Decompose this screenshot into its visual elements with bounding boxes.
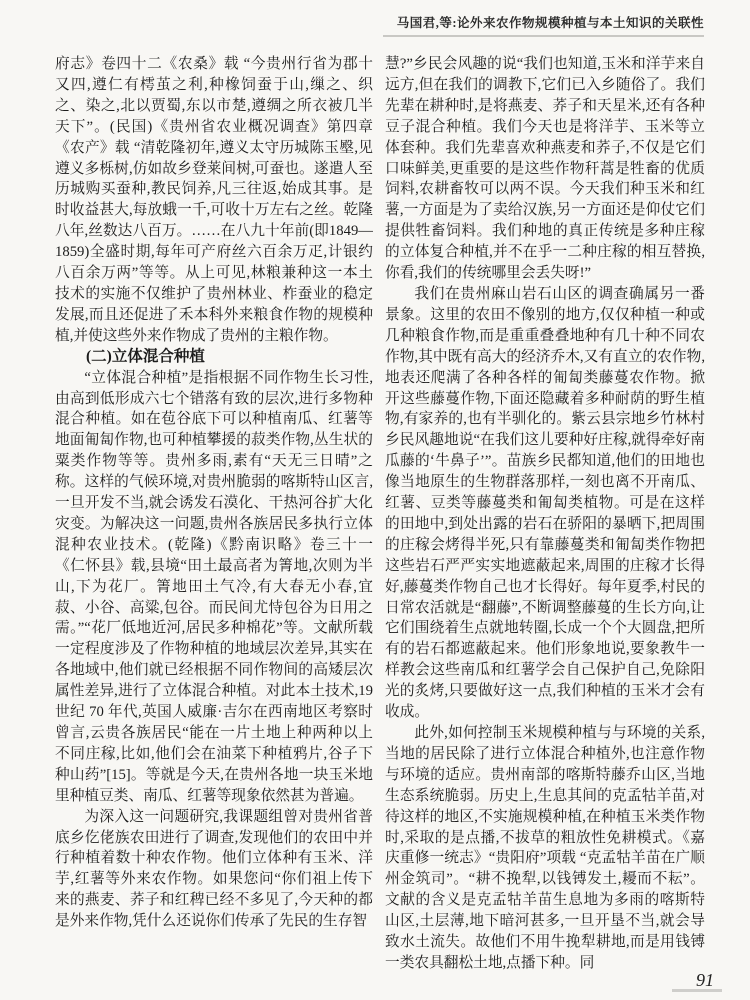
document-page: 马国君,等:论外来农作物规模种植与本土知识的关联性 府志》卷四十二《农桑》载 “…: [0, 0, 750, 1000]
paragraph-continuation: 府志》卷四十二《农桑》载 “今贵州行省为郡十又四,遵仁有樗茧之利,种橡饲蚕于山,…: [55, 54, 373, 347]
section-heading: (二)立体混合种植: [55, 347, 373, 368]
paragraph: 此外,如何控制玉米规模种植与与环境的关系,当地的居民除了进行立体混合种植外,也注…: [385, 723, 705, 974]
running-title: 马国君,等:论外来农作物规模种植与本土知识的关联性: [397, 16, 704, 30]
running-header: 马国君,等:论外来农作物规模种植与本土知识的关联性: [47, 13, 704, 31]
text-column-left: 府志》卷四十二《农桑》载 “今贵州行省为郡十又四,遵仁有樗茧之利,种橡饲蚕于山,…: [55, 54, 373, 995]
paragraph: 我们在贵州麻山岩石山区的调查确属另一番景象。这里的农田不像别的地方,仅仅种植一种…: [385, 284, 705, 723]
paragraph: 为深入这一问题研究,我课题组曾对贵州省普底乡仡佬族农田进行了调查,发现他们的农田…: [55, 807, 373, 932]
text-column-right: 慧?”乡民会风趣的说“我们也知道,玉米和洋芋来自远方,但在我们的调教下,它们已入…: [385, 54, 705, 995]
paragraph: “立体混合种植”是指根据不同作物生长习性,由高到低形成六七个错落有致的层次,进行…: [55, 368, 373, 807]
page-number: 91: [696, 970, 714, 991]
header-rule-divider: [383, 35, 704, 37]
page-number-area: 91: [664, 967, 724, 995]
paragraph-continuation: 慧?”乡民会风趣的说“我们也知道,玉米和洋芋来自远方,但在我们的调教下,它们已入…: [385, 54, 705, 284]
